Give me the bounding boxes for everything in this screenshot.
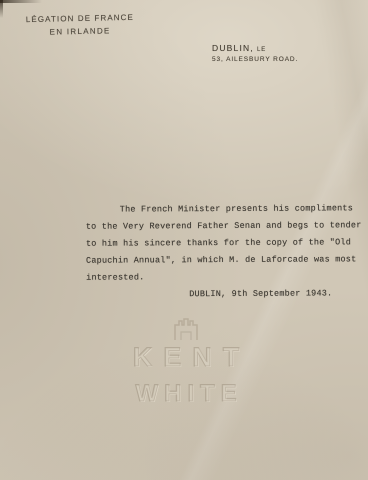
paper-watermark: KENT WHITE [108, 314, 264, 408]
body-line: interested. [86, 268, 358, 286]
body-line: to him his sincere thanks for the copy o… [86, 234, 358, 252]
body-line: The French Minister presents his complim… [86, 200, 358, 218]
dateline-block: DUBLIN,LE 53, AILESBURY ROAD. [212, 43, 298, 63]
scanned-letter-page: LÉGATION DE FRANCE EN IRLANDE DUBLIN,LE … [0, 0, 368, 480]
letterhead-line1: LÉGATION DE FRANCE [24, 13, 136, 24]
letterhead-line2: EN IRLANDE [24, 26, 136, 37]
letterhead: LÉGATION DE FRANCE EN IRLANDE [24, 13, 136, 37]
watermark-castle-emblem-icon [168, 314, 204, 340]
closing-dateline: DUBLIN, 9th September 1943. [189, 285, 358, 303]
watermark-line2: WHITE [108, 380, 264, 408]
dateline-le-label: LE [257, 47, 266, 53]
watermark-line1: KENT [108, 342, 264, 373]
body-line: to the Very Reverend Father Senan and be… [86, 217, 358, 235]
scan-edge-left [0, 0, 3, 18]
letter-body: The French Minister presents his complim… [86, 200, 359, 303]
dateline-city-text: DUBLIN, [212, 43, 254, 53]
dateline-city: DUBLIN,LE [212, 43, 298, 53]
body-line: Capuchin Annual", in which M. de Laforca… [86, 251, 358, 269]
scan-edge-top [0, 0, 42, 3]
dateline-address: 53, AILESBURY ROAD. [212, 56, 298, 63]
